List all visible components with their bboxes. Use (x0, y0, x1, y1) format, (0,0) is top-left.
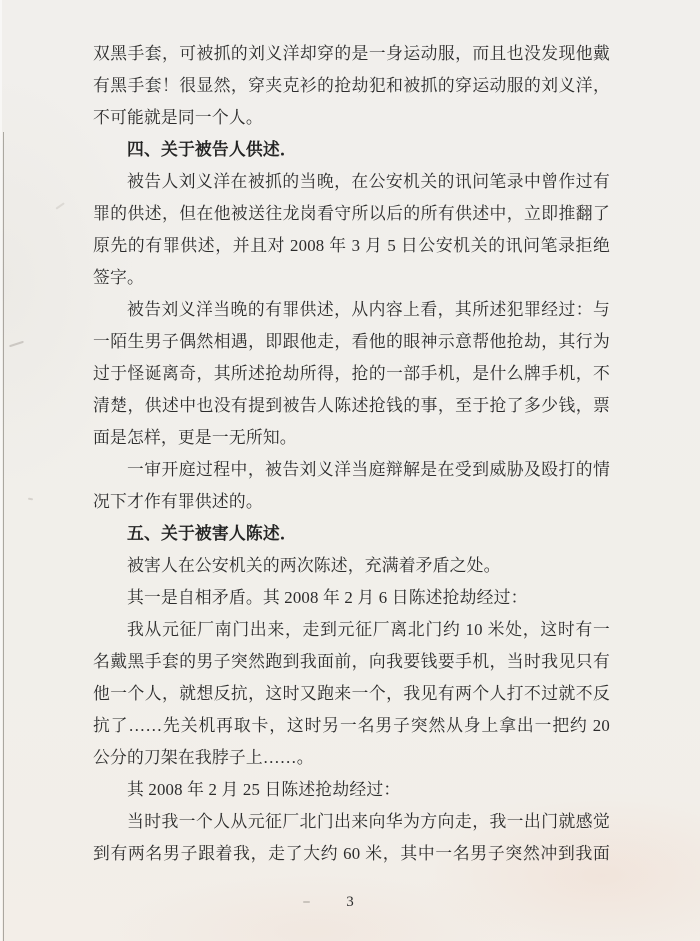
text-line: 被害人在公安机关的两次陈述，充满着矛盾之处。 (93, 550, 610, 582)
text-line: 有黑手套！很显然，穿夹克衫的抢劫犯和被抓的穿运动服的刘义洋， (93, 70, 610, 102)
text-line: 罪的供述，但在他被送往龙岗看守所以后的所有供述中，立即推翻了 (93, 198, 610, 230)
text-line: 不可能就是同一个人。 (93, 102, 610, 134)
text-line: 公分的刀架在我脖子上……。 (93, 742, 610, 774)
document-text-block: 双黑手套，可被抓的刘义洋却穿的是一身运动服，而且也没发现他戴有黑手套！很显然，穿… (93, 38, 610, 870)
page-footer: 3 (0, 893, 700, 911)
text-line: 原先的有罪供述，并且对 2008 年 3 月 5 日公安机关的讯问笔录拒绝 (93, 230, 610, 262)
page-number: 3 (346, 894, 354, 910)
text-line: 他一个人，就想反抗，这时又跑来一个，我见有两个人打不过就不反 (93, 678, 610, 710)
text-line: 一陌生男子偶然相遇，即跟他走，看他的眼神示意帮他抢劫，其行为 (93, 326, 610, 358)
text-line: 一审开庭过程中，被告刘义洋当庭辩解是在受到威胁及殴打的情 (93, 454, 610, 486)
text-line: 当时我一个人从元征厂北门出来向华为方向走，我一出门就感觉 (93, 806, 610, 838)
section-heading: 四、关于被告人供述． (93, 134, 610, 166)
section-heading: 五、关于被害人陈述． (93, 518, 610, 550)
text-line: 过于怪诞离奇，其所述抢劫所得，抢的一部手机，是什么牌手机，不 (93, 358, 610, 390)
text-line: 被告人刘义洋在被抓的当晚，在公安机关的讯问笔录中曾作过有 (93, 166, 610, 198)
text-line: 况下才作有罪供述的。 (93, 486, 610, 518)
text-line: 被告刘义洋当晚的有罪供述，从内容上看，其所述犯罪经过：与 (93, 294, 610, 326)
scan-speck (55, 202, 64, 209)
scan-speck (28, 498, 33, 501)
scan-edge-highlight (0, 0, 2, 941)
scanned-page: 双黑手套，可被抓的刘义洋却穿的是一身运动服，而且也没发现他戴有黑手套！很显然，穿… (0, 0, 700, 941)
text-line: 签字。 (93, 262, 610, 294)
text-line: 其一是自相矛盾。其 2008 年 2 月 6 日陈述抢劫经过： (93, 582, 610, 614)
text-line: 到有两名男子跟着我，走了大约 60 米，其中一名男子突然冲到我面 (93, 838, 610, 870)
scan-edge-line (3, 132, 4, 941)
text-line: 我从元征厂南门出来，走到元征厂离北门约 10 米处，这时有一 (93, 614, 610, 646)
text-line: 清楚，供述中也没有提到被告人陈述抢钱的事，至于抢了多少钱，票 (93, 390, 610, 422)
text-line: 双黑手套，可被抓的刘义洋却穿的是一身运动服，而且也没发现他戴 (93, 38, 610, 70)
text-line: 名戴黑手套的男子突然跑到我面前，向我要钱要手机，当时我见只有 (93, 646, 610, 678)
scan-speck (9, 341, 24, 348)
text-line: 面是怎样，更是一无所知。 (93, 422, 610, 454)
text-line: 抗了……先关机再取卡，这时另一名男子突然从身上拿出一把约 20 (93, 710, 610, 742)
text-line: 其 2008 年 2 月 25 日陈述抢劫经过： (93, 774, 610, 806)
